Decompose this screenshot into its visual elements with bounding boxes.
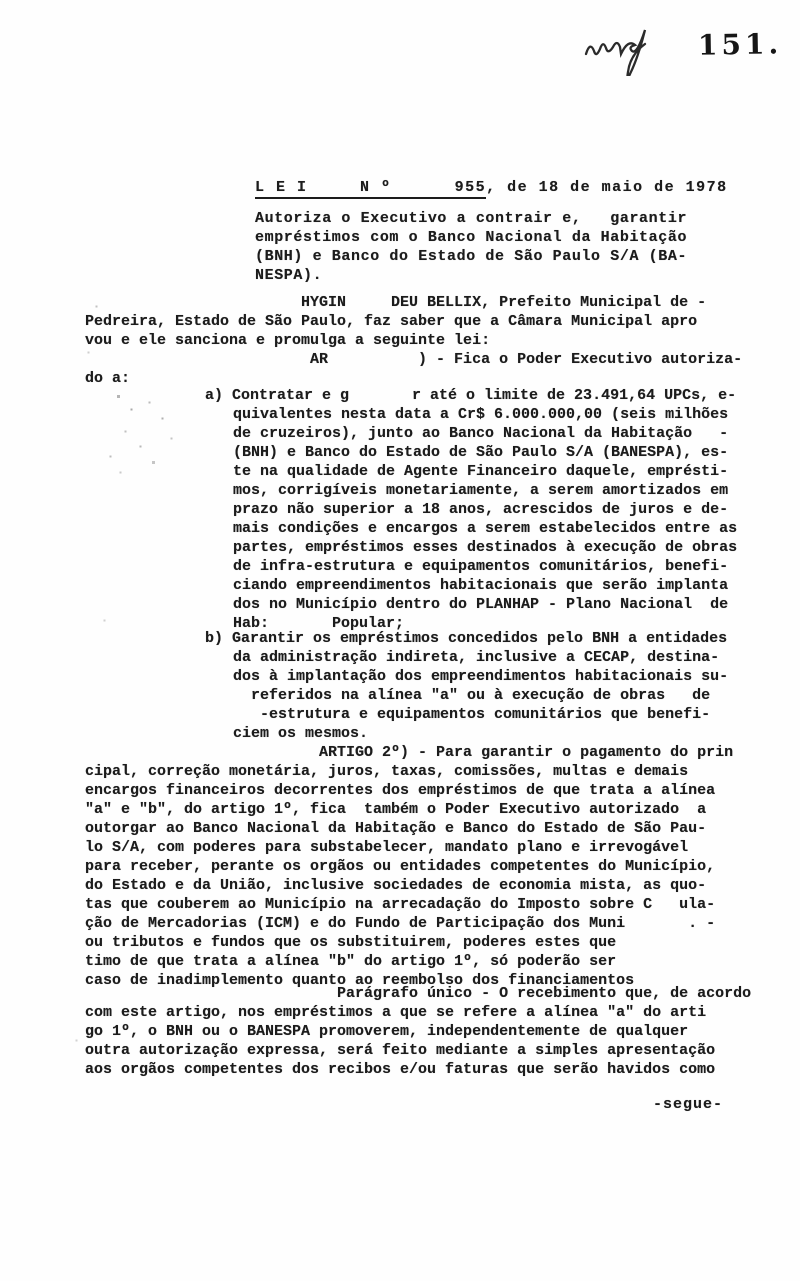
- text-line: mais condições e encargos a serem estabe…: [233, 519, 765, 538]
- text-line: prazo não superior a 18 anos, acrescidos…: [233, 500, 765, 519]
- text-line: b) Garantir os empréstimos concedidos pe…: [233, 629, 765, 648]
- law-title-underlined: L E I N º 955: [255, 179, 486, 199]
- text-line: NESPA).: [255, 266, 765, 285]
- text-line: de cruzeiros), junto ao Banco Nacional d…: [233, 424, 765, 443]
- law-title: L E I N º 955, de 18 de maio de 1978: [85, 178, 765, 197]
- text-line: tas que couberem ao Município na arrecad…: [85, 895, 765, 914]
- sole-paragraph: Parágrafo único - O recebimento que, de …: [85, 984, 765, 1079]
- text-line: referidos na alínea "a" ou à execução de…: [233, 686, 765, 705]
- handwritten-page-number: 151.: [698, 27, 783, 61]
- text-line: go 1º, o BNH ou o BANESPA promoverem, in…: [85, 1022, 765, 1041]
- text-line: Pedreira, Estado de São Paulo, faz saber…: [85, 312, 765, 331]
- text-line: (BNH) e Banco do Estado de São Paulo S/A…: [233, 443, 765, 462]
- scanned-document-page: 151. L E I N º 955, de 18 de maio de 197…: [0, 0, 800, 1281]
- text-line: do Estado e da União, inclusive sociedad…: [85, 876, 765, 895]
- scan-noise: [0, 0, 1, 1]
- clause-b: b) Garantir os empréstimos concedidos pe…: [85, 629, 765, 743]
- title-gap: [308, 179, 361, 196]
- text-line: de infra-estrutura e equipamentos comuni…: [233, 557, 765, 576]
- text-line: encargos financeiros decorrentes dos emp…: [85, 781, 765, 800]
- text-line: ciando empreendimentos habitacionais que…: [233, 576, 765, 595]
- footer-continuation: -segue-: [85, 1095, 765, 1114]
- text-line: timo de que trata a alínea "b" do artigo…: [85, 952, 765, 971]
- law-title-numero-label: N º: [360, 179, 392, 196]
- article-2: ARTIGO 2º) - Para garantir o pagamento d…: [85, 743, 765, 990]
- law-title-date: , de 18 de maio de 1978: [486, 179, 728, 196]
- text-line: para receber, perante os orgãos ou entid…: [85, 857, 765, 876]
- ementa: Autoriza o Executivo a contrair e, garan…: [85, 209, 765, 285]
- law-number: 955: [455, 179, 487, 196]
- text-line: a) Contratar e g r até o limite de 23.49…: [233, 386, 765, 405]
- text-line: (BNH) e Banco do Estado de São Paulo S/A…: [255, 247, 765, 266]
- document-body: L E I N º 955, de 18 de maio de 1978 Aut…: [85, 178, 765, 1114]
- text-line: ou tributos e fundos que os substituirem…: [85, 933, 765, 952]
- text-line: ciem os mesmos.: [233, 724, 765, 743]
- title-gap: [392, 179, 455, 196]
- handwritten-scribble: [582, 20, 697, 76]
- text-line: mos, corrigíveis monetariamente, a serem…: [233, 481, 765, 500]
- text-line: empréstimos com o Banco Nacional da Habi…: [255, 228, 765, 247]
- text-line: outra autorização expressa, será feito m…: [85, 1041, 765, 1060]
- law-title-lei: L E I: [255, 179, 308, 196]
- text-line: vou e ele sanciona e promulga a seguinte…: [85, 331, 765, 350]
- preamble: HYGIN DEU BELLIX, Prefeito Municipal de …: [85, 293, 765, 388]
- text-line: dos no Município dentro do PLANHAP - Pla…: [233, 595, 765, 614]
- text-line: HYGIN DEU BELLIX, Prefeito Municipal de …: [85, 293, 765, 312]
- text-line: te na qualidade de Agente Financeiro daq…: [233, 462, 765, 481]
- text-line: Autoriza o Executivo a contrair e, garan…: [255, 209, 765, 228]
- text-line: "a" e "b", do artigo 1º, fica também o P…: [85, 800, 765, 819]
- clause-a: a) Contratar e g r até o limite de 23.49…: [85, 386, 765, 633]
- text-line: ção de Mercadorias (ICM) e do Fundo de P…: [85, 914, 765, 933]
- text-line: AR ) - Fica o Poder Executivo autoriza-: [85, 350, 765, 369]
- text-line: Parágrafo único - O recebimento que, de …: [85, 984, 765, 1003]
- text-line: da administração indireta, inclusive a C…: [233, 648, 765, 667]
- text-line: -estrutura e equipamentos comunitários q…: [233, 705, 765, 724]
- handwritten-annotation: 151.: [582, 14, 782, 78]
- text-line: partes, empréstimos esses destinados à e…: [233, 538, 765, 557]
- text-line: outorgar ao Banco Nacional da Habitação …: [85, 819, 765, 838]
- text-line: lo S/A, com poderes para substabelecer, …: [85, 838, 765, 857]
- text-line: com este artigo, nos empréstimos a que s…: [85, 1003, 765, 1022]
- text-line: aos orgãos competentes dos recibos e/ou …: [85, 1060, 765, 1079]
- text-line: ARTIGO 2º) - Para garantir o pagamento d…: [85, 743, 765, 762]
- text-line: quivalentes nesta data a Cr$ 6.000.000,0…: [233, 405, 765, 424]
- text-line: cipal, correção monetária, juros, taxas,…: [85, 762, 765, 781]
- text-line: dos à implantação dos empreendimentos ha…: [233, 667, 765, 686]
